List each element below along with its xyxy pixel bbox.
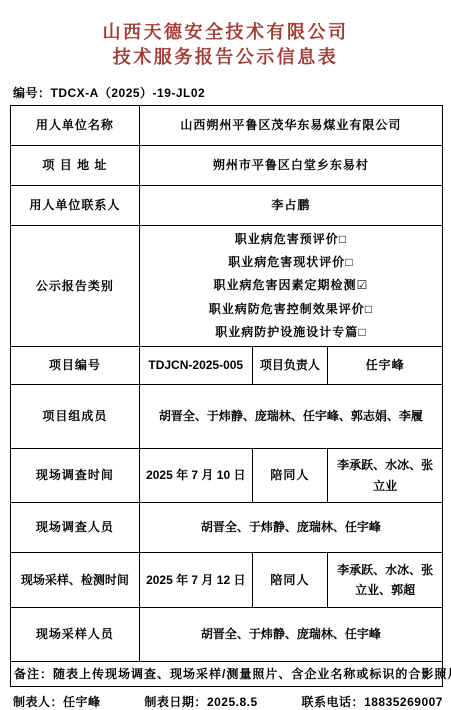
date-field: 制表日期：2025.8.5 [144, 693, 257, 710]
report-type-option: 职业病防护设施设计专篇□ [143, 321, 439, 344]
checkbox-unchecked-icon: □ [365, 302, 373, 316]
survey-staff-value: 胡晋全、于炜静、庞瑞林、任宇峰 [139, 503, 442, 553]
survey-time-value: 2025 年 7 月 10 日 [139, 449, 252, 503]
maker-value: 任宇峰 [63, 695, 101, 709]
employer-contact-label: 用人单位联系人 [11, 186, 140, 226]
date-value: 2025.8.5 [207, 695, 258, 709]
employer-contact-value: 李占鹏 [139, 186, 442, 226]
row-survey-staff: 现场调查人员 胡晋全、于炜静、庞瑞林、任宇峰 [11, 503, 443, 553]
maker-label: 制表人： [13, 695, 63, 709]
option-text: 职业病危害现状评价 [228, 255, 345, 269]
title-line1: 山西天德安全技术有限公司 [0, 20, 451, 45]
project-leader-label: 项目负责人 [252, 347, 328, 385]
project-team-label: 项目组成员 [11, 385, 140, 449]
project-address-label: 项 目 地 址 [11, 146, 140, 186]
sampling-companion-value: 李承跃、水冰、张立业、郭超 [328, 553, 443, 608]
report-page: 山西天德安全技术有限公司 技术服务报告公示信息表 编号：TDCX-A（2025）… [0, 0, 451, 710]
remark-text: 备注：随表上传现场调查、现场采样/测量照片、含企业名称或标识的合影照片 [11, 662, 443, 687]
survey-staff-label: 现场调查人员 [11, 503, 140, 553]
doc-number: 编号：TDCX-A（2025）-19-JL02 [13, 84, 451, 101]
sampling-time-value: 2025 年 7 月 12 日 [139, 553, 252, 608]
row-sampling-staff: 现场采样人员 胡晋全、于炜静、庞瑞林、任宇峰 [11, 608, 443, 662]
project-number-value: TDJCN-2025-005 [139, 347, 252, 385]
report-type-option: 职业病危害现状评价□ [143, 251, 439, 274]
row-survey-time: 现场调查时间 2025 年 7 月 10 日 陪同人 李承跃、水冰、张立业 [11, 449, 443, 503]
sampling-time-label: 现场采样、检测时间 [11, 553, 140, 608]
phone-field: 联系电话：18835269007 [302, 693, 443, 710]
row-project-address: 项 目 地 址 朔州市平鲁区白堂乡东易村 [11, 146, 443, 186]
report-type-option: 职业病危害因素定期检测☑ [143, 274, 439, 297]
survey-time-label: 现场调查时间 [11, 449, 140, 503]
sampling-staff-label: 现场采样人员 [11, 608, 140, 662]
row-employer-contact: 用人单位联系人 李占鹏 [11, 186, 443, 226]
row-remark: 备注：随表上传现场调查、现场采样/测量照片、含企业名称或标识的合影照片 [11, 662, 443, 687]
checkbox-unchecked-icon: □ [345, 255, 353, 269]
row-project-number: 项目编号 TDJCN-2025-005 项目负责人 任宇峰 [11, 347, 443, 385]
checkbox-unchecked-icon: □ [358, 325, 366, 339]
checkbox-checked-icon: ☑ [357, 278, 369, 292]
doc-number-label: 编号： [13, 86, 51, 100]
page-title: 山西天德安全技术有限公司 技术服务报告公示信息表 [0, 0, 451, 70]
row-employer-name: 用人单位名称 山西朔州平鲁区茂华东易煤业有限公司 [11, 106, 443, 146]
survey-companion-label: 陪同人 [252, 449, 328, 503]
project-number-label: 项目编号 [11, 347, 140, 385]
project-address-value: 朔州市平鲁区白堂乡东易村 [139, 146, 442, 186]
phone-value: 18835269007 [364, 695, 443, 709]
doc-number-value: TDCX-A（2025）-19-JL02 [51, 86, 206, 100]
info-table: 用人单位名称 山西朔州平鲁区茂华东易煤业有限公司 项 目 地 址 朔州市平鲁区白… [10, 105, 443, 687]
sampling-staff-value: 胡晋全、于炜静、庞瑞林、任宇峰 [139, 608, 442, 662]
option-text: 职业病防护设施设计专篇 [215, 325, 358, 339]
sampling-companion-label: 陪同人 [252, 553, 328, 608]
employer-name-label: 用人单位名称 [11, 106, 140, 146]
report-category-label: 公示报告类别 [11, 226, 140, 347]
row-project-team: 项目组成员 胡晋全、于炜静、庞瑞林、任宇峰、郭志娟、李履 [11, 385, 443, 449]
date-label: 制表日期： [144, 695, 207, 709]
phone-label: 联系电话： [302, 695, 365, 709]
report-type-option: 职业病危害预评价□ [143, 228, 439, 251]
checkbox-unchecked-icon: □ [339, 232, 347, 246]
option-text: 职业病危害因素定期检测 [214, 278, 357, 292]
survey-companion-value: 李承跃、水冰、张立业 [328, 449, 443, 503]
row-report-category: 公示报告类别 职业病危害预评价□ 职业病危害现状评价□ 职业病危害因素定期检测☑… [11, 226, 443, 347]
option-text: 职业病危害预评价 [235, 232, 339, 246]
project-leader-value: 任宇峰 [328, 347, 443, 385]
footer-line: 制表人：任宇峰 制表日期：2025.8.5 联系电话：18835269007 [13, 693, 443, 710]
title-line2: 技术服务报告公示信息表 [0, 45, 451, 70]
row-sampling-time: 现场采样、检测时间 2025 年 7 月 12 日 陪同人 李承跃、水冰、张立业… [11, 553, 443, 608]
option-text: 职业病防危害控制效果评价 [209, 302, 365, 316]
report-type-option: 职业病防危害控制效果评价□ [143, 298, 439, 321]
maker-field: 制表人：任宇峰 [13, 693, 101, 710]
project-team-value: 胡晋全、于炜静、庞瑞林、任宇峰、郭志娟、李履 [139, 385, 442, 449]
report-category-options: 职业病危害预评价□ 职业病危害现状评价□ 职业病危害因素定期检测☑ 职业病防危害… [139, 226, 442, 347]
employer-name-value: 山西朔州平鲁区茂华东易煤业有限公司 [139, 106, 442, 146]
